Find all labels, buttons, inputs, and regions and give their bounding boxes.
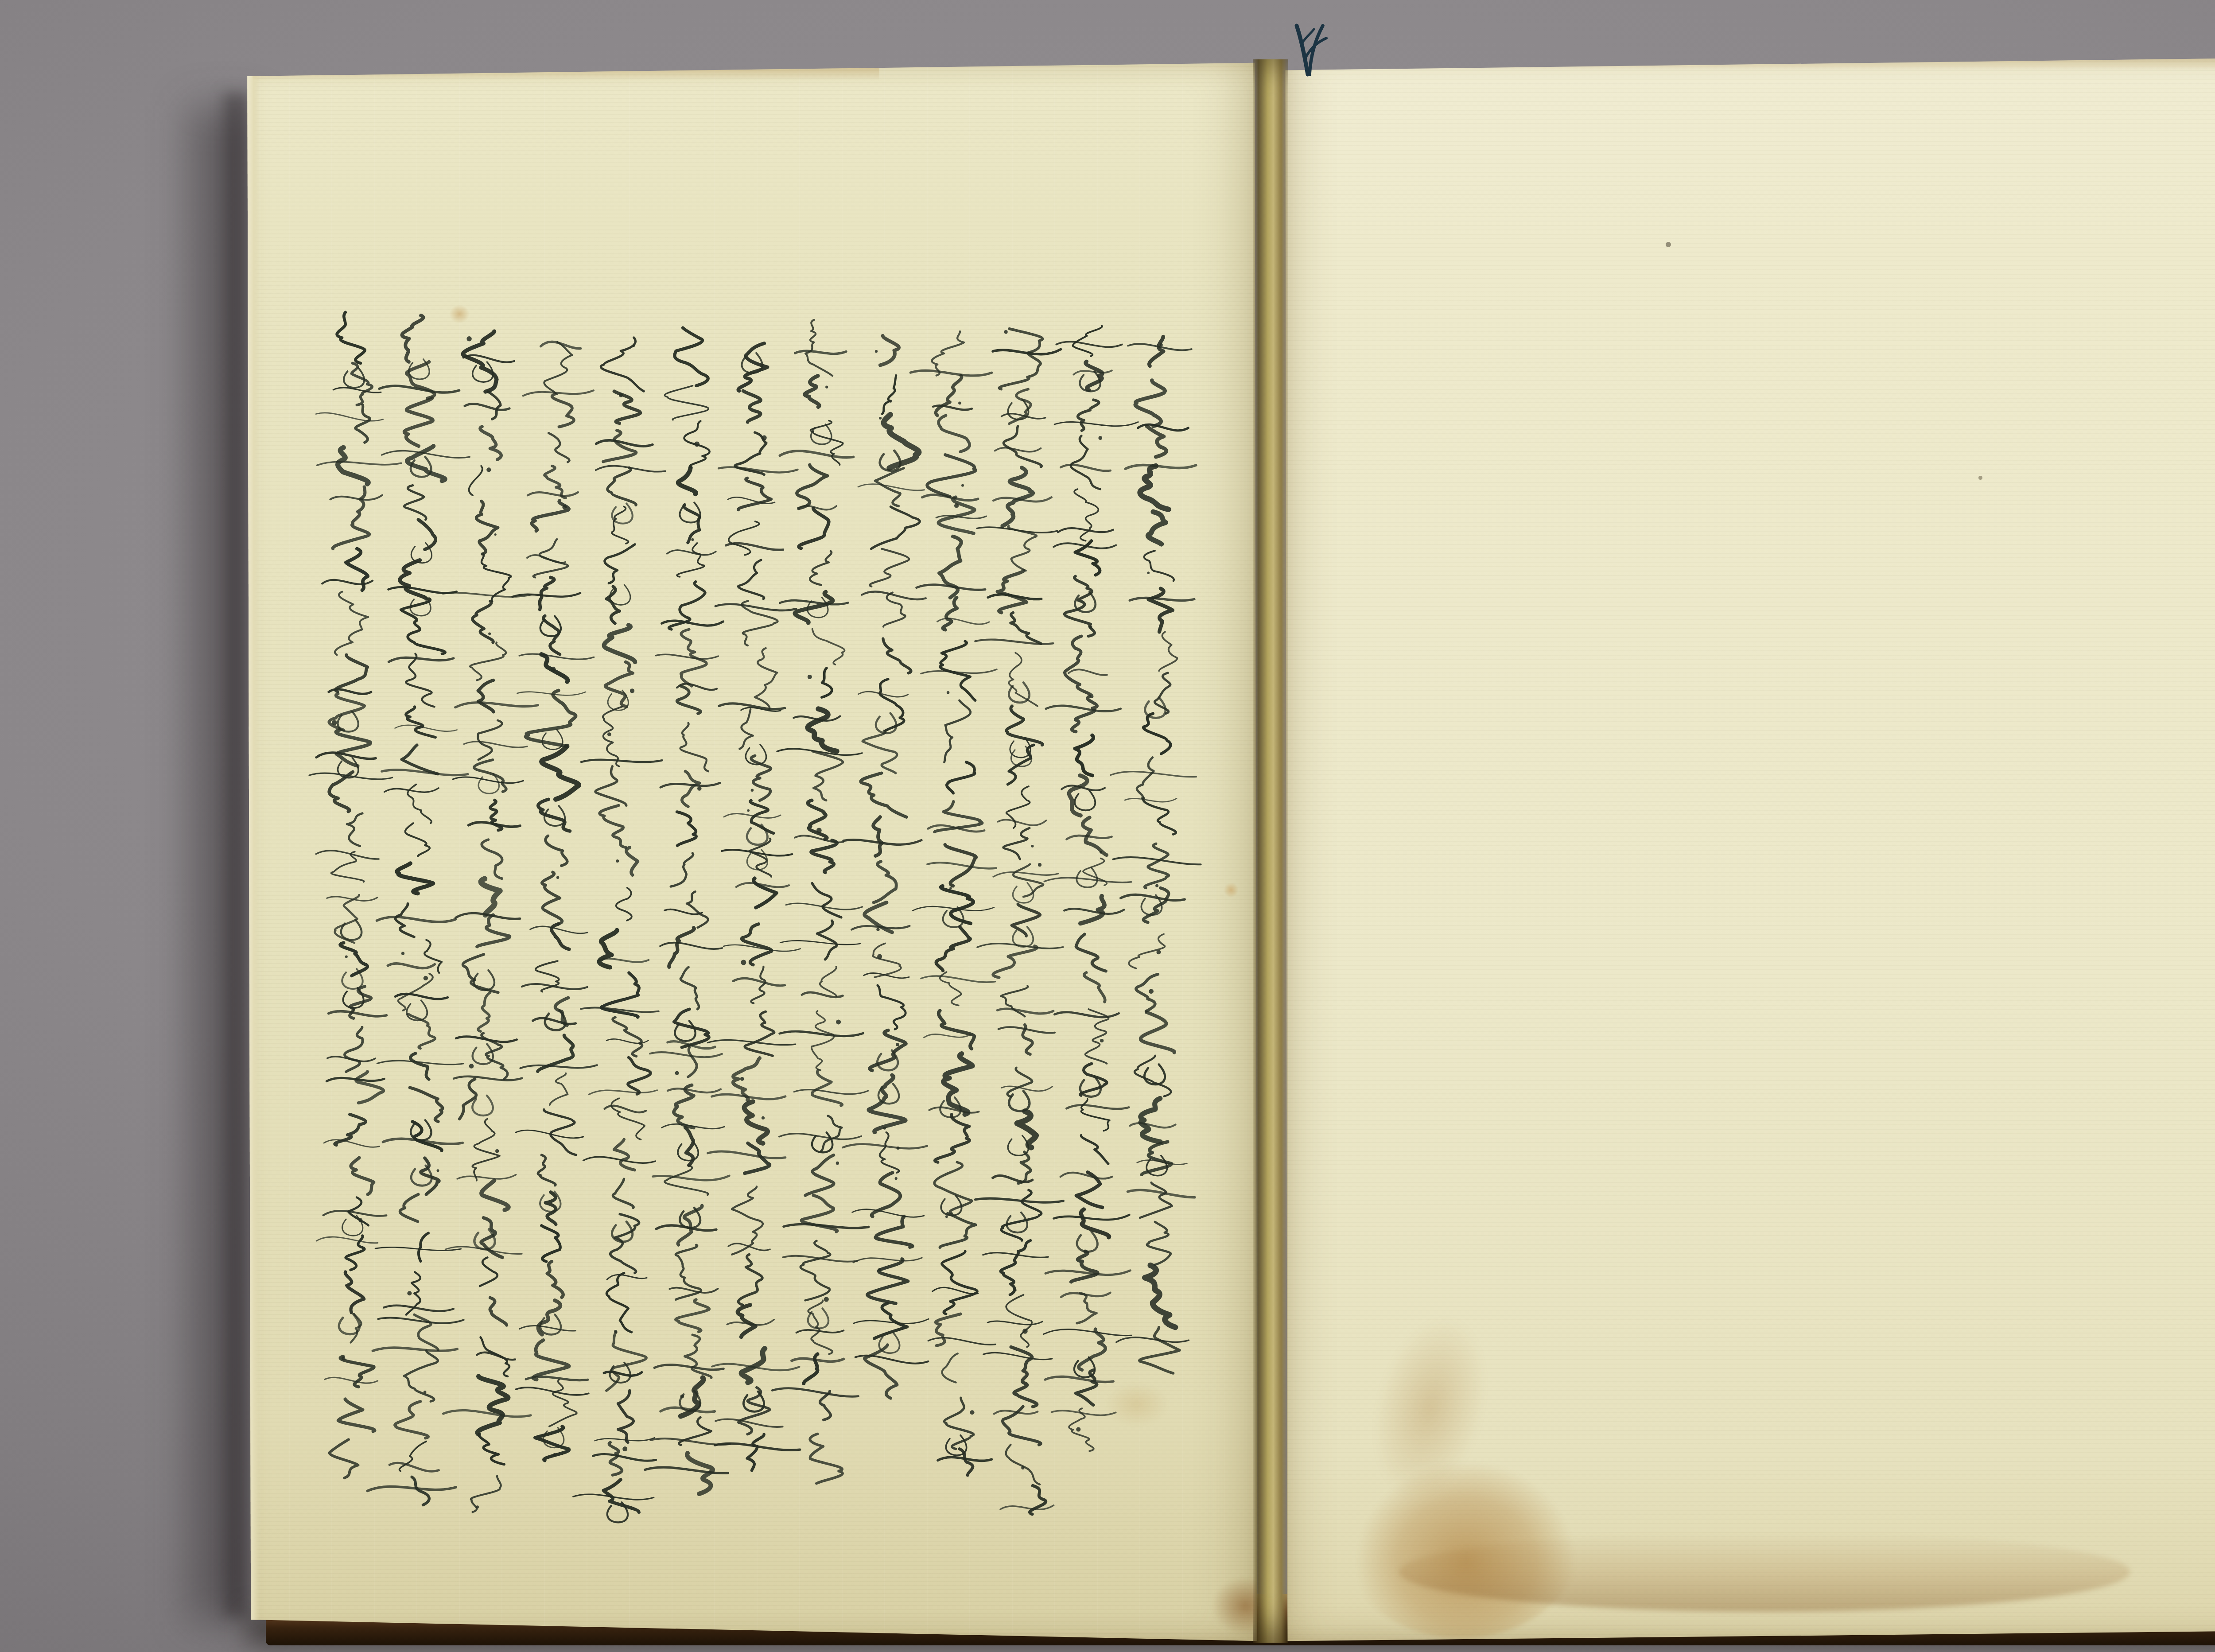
calligraphy-column [772,320,869,1484]
calligraphy-column [573,338,665,1522]
calligraphy-column [367,315,470,1505]
calligraphy-column [843,336,929,1398]
calligraphy-column [708,343,801,1470]
calligraphy-column [513,342,597,1460]
manuscript-calligraphy [0,0,2215,1652]
calligraphy-column [910,331,997,1475]
photo-open-book: 光源氏はみまかりて異界のやうにもてなしけるくみやひとりうむなにはその上を河海の観… [0,0,2215,1652]
binding-thread [1297,26,1326,74]
calligraphy-column [975,329,1063,1514]
calligraphy-column [443,331,538,1512]
calligraphy-column [1043,326,1138,1451]
calligraphy-column [309,312,401,1478]
calligraphy-column [645,328,730,1494]
